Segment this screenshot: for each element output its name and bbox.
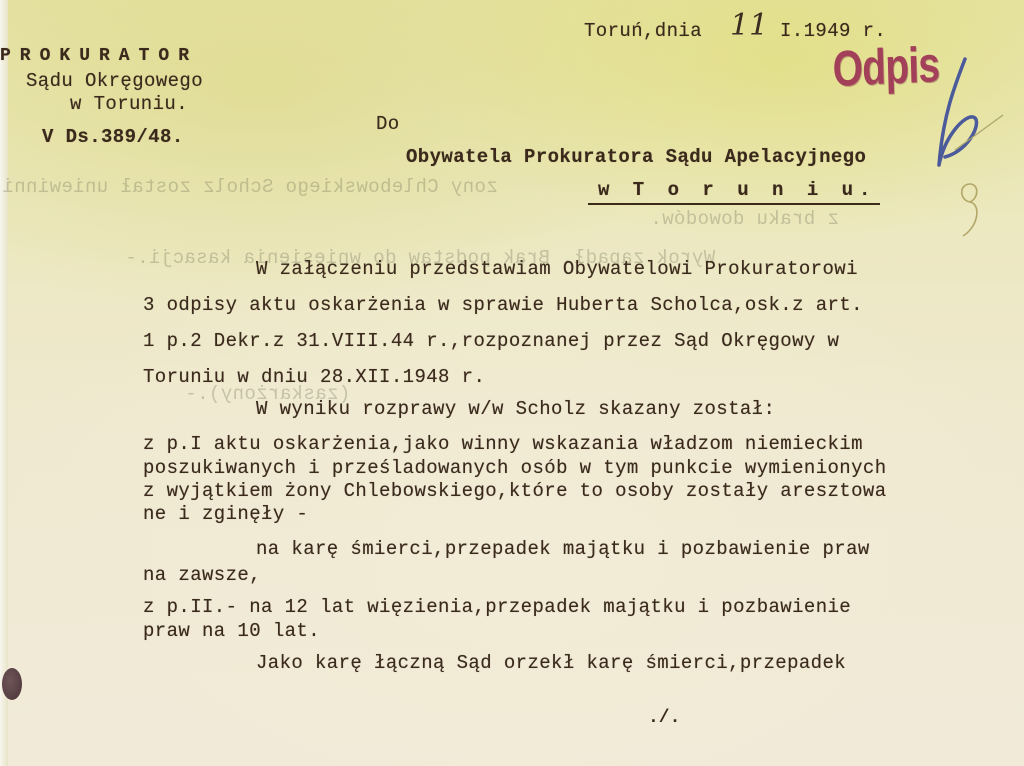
reference-number: V Ds.389/48.	[42, 126, 184, 148]
recipient-underline	[588, 203, 880, 205]
body-line: z wyjątkiem żony Chlebowskiego,które to …	[143, 480, 887, 502]
bleed-through-line: z braku dowodów.	[650, 208, 839, 230]
body-line: z p.II.- na 12 lat więzienia,przepadek m…	[143, 596, 851, 618]
verdict-intro: W wyniku rozprawy w/w Scholz skazany zos…	[256, 398, 775, 420]
recipient-line-2: w T o r u n i u.	[598, 179, 876, 201]
body-line: 1 p.2 Dekr.z 31.VIII.44 r.,rozpoznanej p…	[143, 330, 839, 352]
pencil-annotation-icon	[925, 55, 1005, 170]
body-line: 3 odpisy aktu oskarżenia w sprawie Huber…	[143, 294, 863, 316]
odpis-stamp: Odpis	[832, 39, 940, 94]
sentence-line: na zawsze,	[143, 564, 261, 586]
paper-edge	[0, 0, 8, 766]
body-line: praw na 10 lat.	[143, 620, 320, 642]
court-name: Sądu Okręgowego	[26, 70, 203, 92]
body-line: ne i zginęły -	[143, 503, 308, 525]
sentence-line: na karę śmierci,przepadek majątku i pozb…	[256, 538, 870, 560]
recipient-line-1: Obywatela Prokuratora Sądu Apelacyjnego	[406, 146, 866, 168]
date-prefix: Toruń,dnia	[584, 20, 702, 42]
body-line: Toruniu w dniu 28.XII.1948 r.	[143, 366, 485, 388]
salutation: Do	[376, 113, 400, 135]
document-page: zony Chlebowskiego Scholz został uniewin…	[0, 0, 1024, 766]
bleed-through-line: zony Chlebowskiego Scholz został uniewin…	[2, 176, 498, 198]
continuation-mark: ./.	[648, 708, 680, 728]
pencil-number-icon	[955, 180, 985, 240]
body-line: z p.I aktu oskarżenia,jako winny wskazan…	[143, 433, 863, 455]
court-city: w Toruniu.	[70, 93, 188, 115]
body-line: poszukiwanych i prześladowanych osób w t…	[143, 457, 887, 479]
handwritten-day: 11	[730, 8, 768, 43]
body-line: W załączeniu przedstawiam Obywatelowi Pr…	[256, 258, 858, 280]
punch-hole	[2, 668, 22, 700]
body-line: Jako karę łączną Sąd orzekł karę śmierci…	[256, 652, 846, 674]
office-title: PROKURATOR	[0, 46, 198, 66]
